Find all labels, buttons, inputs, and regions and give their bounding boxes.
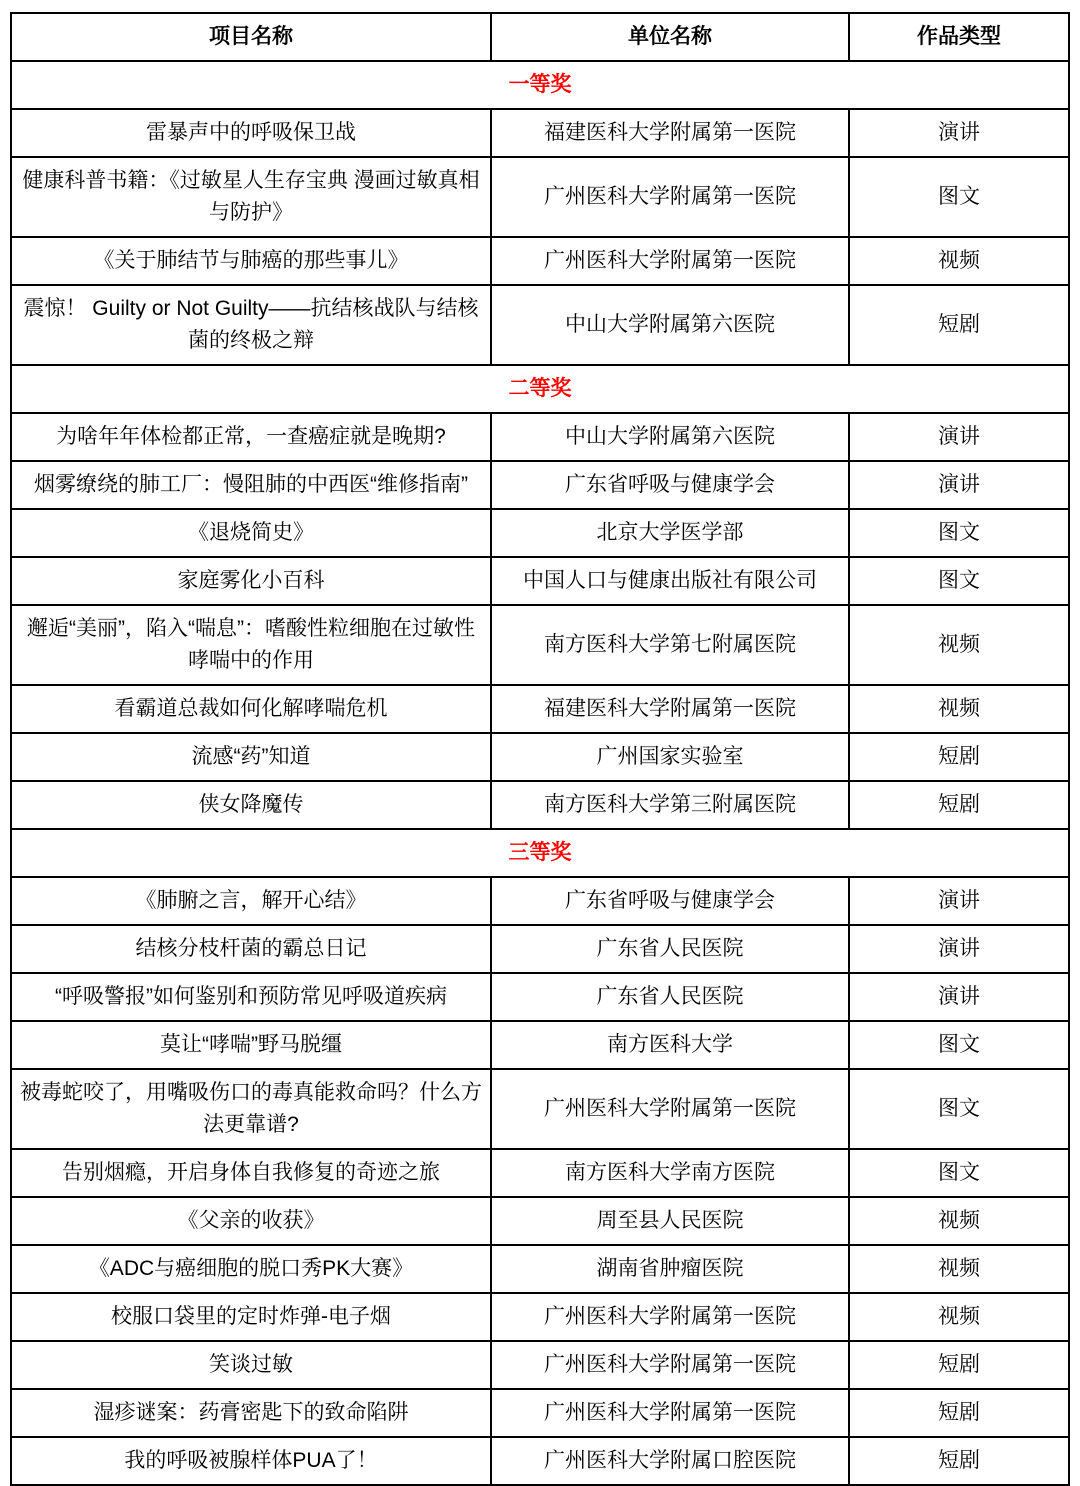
cell-type: 视频 [849,1245,1069,1293]
table-row: 笑谈过敏广州医科大学附属第一医院短剧 [11,1341,1069,1389]
cell-project: 健康科普书籍：《过敏星人生存宝典 漫画过敏真相与防护》 [11,157,491,237]
table-row: 看霸道总裁如何化解哮喘危机福建医科大学附属第一医院视频 [11,685,1069,733]
cell-type: 短剧 [849,1341,1069,1389]
cell-unit: 广州医科大学附属口腔医院 [491,1437,849,1485]
table-row: 邂逅“美丽”，陷入“喘息”：嗜酸性粒细胞在过敏性哮喘中的作用南方医科大学第七附属… [11,605,1069,685]
header-unit-name: 单位名称 [491,13,849,61]
cell-unit: 福建医科大学附属第一医院 [491,109,849,157]
table-row: 流感“药”知道广州国家实验室短剧 [11,733,1069,781]
cell-project: 《退烧简史》 [11,509,491,557]
cell-unit: 广东省人民医院 [491,925,849,973]
cell-type: 视频 [849,605,1069,685]
cell-type: 图文 [849,509,1069,557]
table-row: “呼吸警报”如何鉴别和预防常见呼吸道疾病广东省人民医院演讲 [11,973,1069,1021]
cell-project: 被毒蛇咬了，用嘴吸伤口的毒真能救命吗？什么方法更靠谱? [11,1069,491,1149]
section-row: 二等奖 [11,365,1069,413]
cell-unit: 广州医科大学附属第一医院 [491,157,849,237]
cell-type: 图文 [849,157,1069,237]
cell-unit: 广州医科大学附属第一医院 [491,1389,849,1437]
cell-unit: 南方医科大学 [491,1021,849,1069]
cell-type: 演讲 [849,877,1069,925]
cell-project: 告别烟瘾，开启身体自我修复的奇迹之旅 [11,1149,491,1197]
table-row: 为啥年年体检都正常，一查癌症就是晚期?中山大学附属第六医院演讲 [11,413,1069,461]
cell-type: 演讲 [849,413,1069,461]
table-row: 我的呼吸被腺样体PUA了！广州医科大学附属口腔医院短剧 [11,1437,1069,1485]
header-project-name: 项目名称 [11,13,491,61]
cell-project: 《ADC与癌细胞的脱口秀PK大赛》 [11,1245,491,1293]
cell-unit: 湖南省肿瘤医院 [491,1245,849,1293]
table-row: 告别烟瘾，开启身体自我修复的奇迹之旅南方医科大学南方医院图文 [11,1149,1069,1197]
cell-unit: 南方医科大学南方医院 [491,1149,849,1197]
cell-type: 图文 [849,1069,1069,1149]
cell-project: 烟雾缭绕的肺工厂：慢阻肺的中西医“维修指南” [11,461,491,509]
awards-table-body: 一等奖雷暴声中的呼吸保卫战福建医科大学附属第一医院演讲健康科普书籍：《过敏星人生… [11,61,1069,1485]
cell-type: 演讲 [849,461,1069,509]
table-row: 结核分枝杆菌的霸总日记广东省人民医院演讲 [11,925,1069,973]
cell-project: 《肺腑之言，解开心结》 [11,877,491,925]
cell-project: 为啥年年体检都正常，一查癌症就是晚期? [11,413,491,461]
table-row: 家庭雾化小百科中国人口与健康出版社有限公司图文 [11,557,1069,605]
section-title: 三等奖 [11,829,1069,877]
table-row: 被毒蛇咬了，用嘴吸伤口的毒真能救命吗？什么方法更靠谱?广州医科大学附属第一医院图… [11,1069,1069,1149]
table-row: 《ADC与癌细胞的脱口秀PK大赛》湖南省肿瘤医院视频 [11,1245,1069,1293]
table-row: 震惊！ Guilty or Not Guilty——抗结核战队与结核菌的终极之辩… [11,285,1069,365]
cell-type: 图文 [849,1021,1069,1069]
cell-type: 短剧 [849,781,1069,829]
cell-unit: 广东省呼吸与健康学会 [491,461,849,509]
section-title: 二等奖 [11,365,1069,413]
cell-unit: 广州医科大学附属第一医院 [491,1069,849,1149]
cell-project: 看霸道总裁如何化解哮喘危机 [11,685,491,733]
cell-project: 邂逅“美丽”，陷入“喘息”：嗜酸性粒细胞在过敏性哮喘中的作用 [11,605,491,685]
cell-unit: 中国人口与健康出版社有限公司 [491,557,849,605]
cell-project: 莫让“哮喘”野马脱缰 [11,1021,491,1069]
header-row: 项目名称 单位名称 作品类型 [11,13,1069,61]
table-row: 雷暴声中的呼吸保卫战福建医科大学附属第一医院演讲 [11,109,1069,157]
cell-unit: 南方医科大学第三附属医院 [491,781,849,829]
cell-type: 演讲 [849,109,1069,157]
cell-type: 短剧 [849,285,1069,365]
cell-unit: 广州医科大学附属第一医院 [491,1293,849,1341]
table-row: 湿疹谜案：药膏密匙下的致命陷阱广州医科大学附属第一医院短剧 [11,1389,1069,1437]
cell-type: 短剧 [849,1437,1069,1485]
section-row: 三等奖 [11,829,1069,877]
cell-unit: 广东省呼吸与健康学会 [491,877,849,925]
cell-unit: 中山大学附属第六医院 [491,413,849,461]
cell-project: 《关于肺结节与肺癌的那些事儿》 [11,237,491,285]
table-row: 侠女降魔传南方医科大学第三附属医院短剧 [11,781,1069,829]
table-row: 健康科普书籍：《过敏星人生存宝典 漫画过敏真相与防护》广州医科大学附属第一医院图… [11,157,1069,237]
cell-type: 短剧 [849,1389,1069,1437]
cell-unit: 福建医科大学附属第一医院 [491,685,849,733]
cell-unit: 广州国家实验室 [491,733,849,781]
cell-type: 视频 [849,685,1069,733]
cell-project: 震惊！ Guilty or Not Guilty——抗结核战队与结核菌的终极之辩 [11,285,491,365]
table-row: 《父亲的收获》周至县人民医院视频 [11,1197,1069,1245]
cell-unit: 中山大学附属第六医院 [491,285,849,365]
cell-type: 视频 [849,1197,1069,1245]
cell-project: 笑谈过敏 [11,1341,491,1389]
cell-unit: 广东省人民医院 [491,973,849,1021]
cell-project: 《父亲的收获》 [11,1197,491,1245]
cell-unit: 北京大学医学部 [491,509,849,557]
table-row: 烟雾缭绕的肺工厂：慢阻肺的中西医“维修指南”广东省呼吸与健康学会演讲 [11,461,1069,509]
awards-table: 项目名称 单位名称 作品类型 一等奖雷暴声中的呼吸保卫战福建医科大学附属第一医院… [10,12,1070,1486]
page: 项目名称 单位名称 作品类型 一等奖雷暴声中的呼吸保卫战福建医科大学附属第一医院… [0,0,1080,1457]
cell-type: 视频 [849,1293,1069,1341]
cell-project: 侠女降魔传 [11,781,491,829]
awards-table-header: 项目名称 单位名称 作品类型 [11,13,1069,61]
cell-type: 视频 [849,237,1069,285]
table-row: 《关于肺结节与肺癌的那些事儿》广州医科大学附属第一医院视频 [11,237,1069,285]
table-row: 校服口袋里的定时炸弹-电子烟广州医科大学附属第一医院视频 [11,1293,1069,1341]
cell-unit: 南方医科大学第七附属医院 [491,605,849,685]
cell-project: 湿疹谜案：药膏密匙下的致命陷阱 [11,1389,491,1437]
cell-project: 家庭雾化小百科 [11,557,491,605]
header-work-type: 作品类型 [849,13,1069,61]
cell-project: 雷暴声中的呼吸保卫战 [11,109,491,157]
cell-project: 流感“药”知道 [11,733,491,781]
cell-project: 校服口袋里的定时炸弹-电子烟 [11,1293,491,1341]
table-row: 莫让“哮喘”野马脱缰南方医科大学图文 [11,1021,1069,1069]
cell-unit: 广州医科大学附属第一医院 [491,237,849,285]
cell-type: 图文 [849,1149,1069,1197]
section-title: 一等奖 [11,61,1069,109]
cell-type: 图文 [849,557,1069,605]
cell-type: 演讲 [849,973,1069,1021]
cell-type: 短剧 [849,733,1069,781]
cell-unit: 广州医科大学附属第一医院 [491,1341,849,1389]
cell-project: 结核分枝杆菌的霸总日记 [11,925,491,973]
section-row: 一等奖 [11,61,1069,109]
cell-type: 演讲 [849,925,1069,973]
cell-project: “呼吸警报”如何鉴别和预防常见呼吸道疾病 [11,973,491,1021]
cell-project: 我的呼吸被腺样体PUA了！ [11,1437,491,1485]
table-row: 《肺腑之言，解开心结》广东省呼吸与健康学会演讲 [11,877,1069,925]
table-row: 《退烧简史》北京大学医学部图文 [11,509,1069,557]
cell-unit: 周至县人民医院 [491,1197,849,1245]
